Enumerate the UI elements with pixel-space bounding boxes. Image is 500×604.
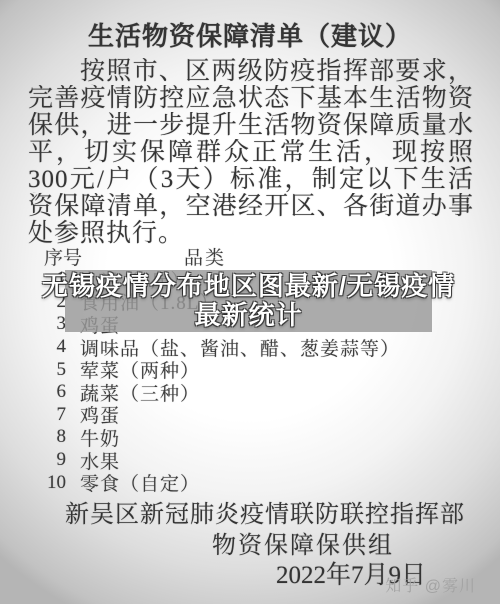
- table-row: 8 牛奶: [44, 426, 464, 449]
- headline-line-1: 无锡疫情分布地区图最新/无锡疫情: [42, 272, 455, 301]
- table-row: 6 蔬菜（三种）: [44, 381, 464, 404]
- row-number: 10: [44, 472, 66, 494]
- row-number: 8: [44, 426, 66, 448]
- row-item: 零食（自定）: [80, 469, 200, 496]
- row-number: 9: [44, 449, 66, 471]
- table-row: 4 调味品（盐、酱油、醋、葱姜蒜等）: [44, 336, 464, 359]
- paragraph-line: 按照市、区两级防疫指挥部要求，为: [28, 58, 474, 85]
- table-header-row: 序号 品类: [44, 245, 464, 268]
- headline-overlay-banner: 无锡疫情分布地区图最新/无锡疫情 最新统计: [65, 270, 432, 332]
- document-title: 生活物资保障清单（建议）: [0, 16, 500, 53]
- document-paragraph: 按照市、区两级防疫指挥部要求，为 完善疫情防控应急状态下基本生活物资 保供，进一…: [28, 58, 474, 247]
- row-number: 7: [44, 404, 66, 426]
- row-number: 4: [44, 336, 66, 358]
- headline-line-2: 最新统计: [194, 301, 302, 330]
- signature-org-line1: 新吴区新冠肺炎疫情联防联控指挥部: [55, 494, 475, 529]
- paragraph-line: 保供，进一步提升生活物资保障质量水: [28, 112, 474, 139]
- paragraph-line: 平，切实保障群众正常生活，现按照: [28, 139, 474, 166]
- table-row: 5 荤菜（两种）: [44, 358, 464, 381]
- paragraph-line: 完善疫情防控应急状态下基本生活物资: [28, 85, 474, 112]
- document-photo: 生活物资保障清单（建议） 按照市、区两级防疫指挥部要求，为 完善疫情防控应急状态…: [0, 0, 500, 604]
- zhihu-watermark: 知乎 @雾川: [385, 573, 476, 596]
- row-number: 3: [44, 313, 66, 335]
- table-row: 10 零食（自定）: [44, 471, 464, 494]
- paragraph-line: 资保障清单，空港经开区、各街道办事: [28, 193, 474, 220]
- table-row: 9 水果: [44, 449, 464, 472]
- row-number: 6: [44, 381, 66, 403]
- paragraph-line: 300元/户（3天）标准，制定以下生活物: [28, 166, 474, 193]
- table-row: 7 鸡蛋: [44, 404, 464, 427]
- row-number: 5: [44, 359, 66, 381]
